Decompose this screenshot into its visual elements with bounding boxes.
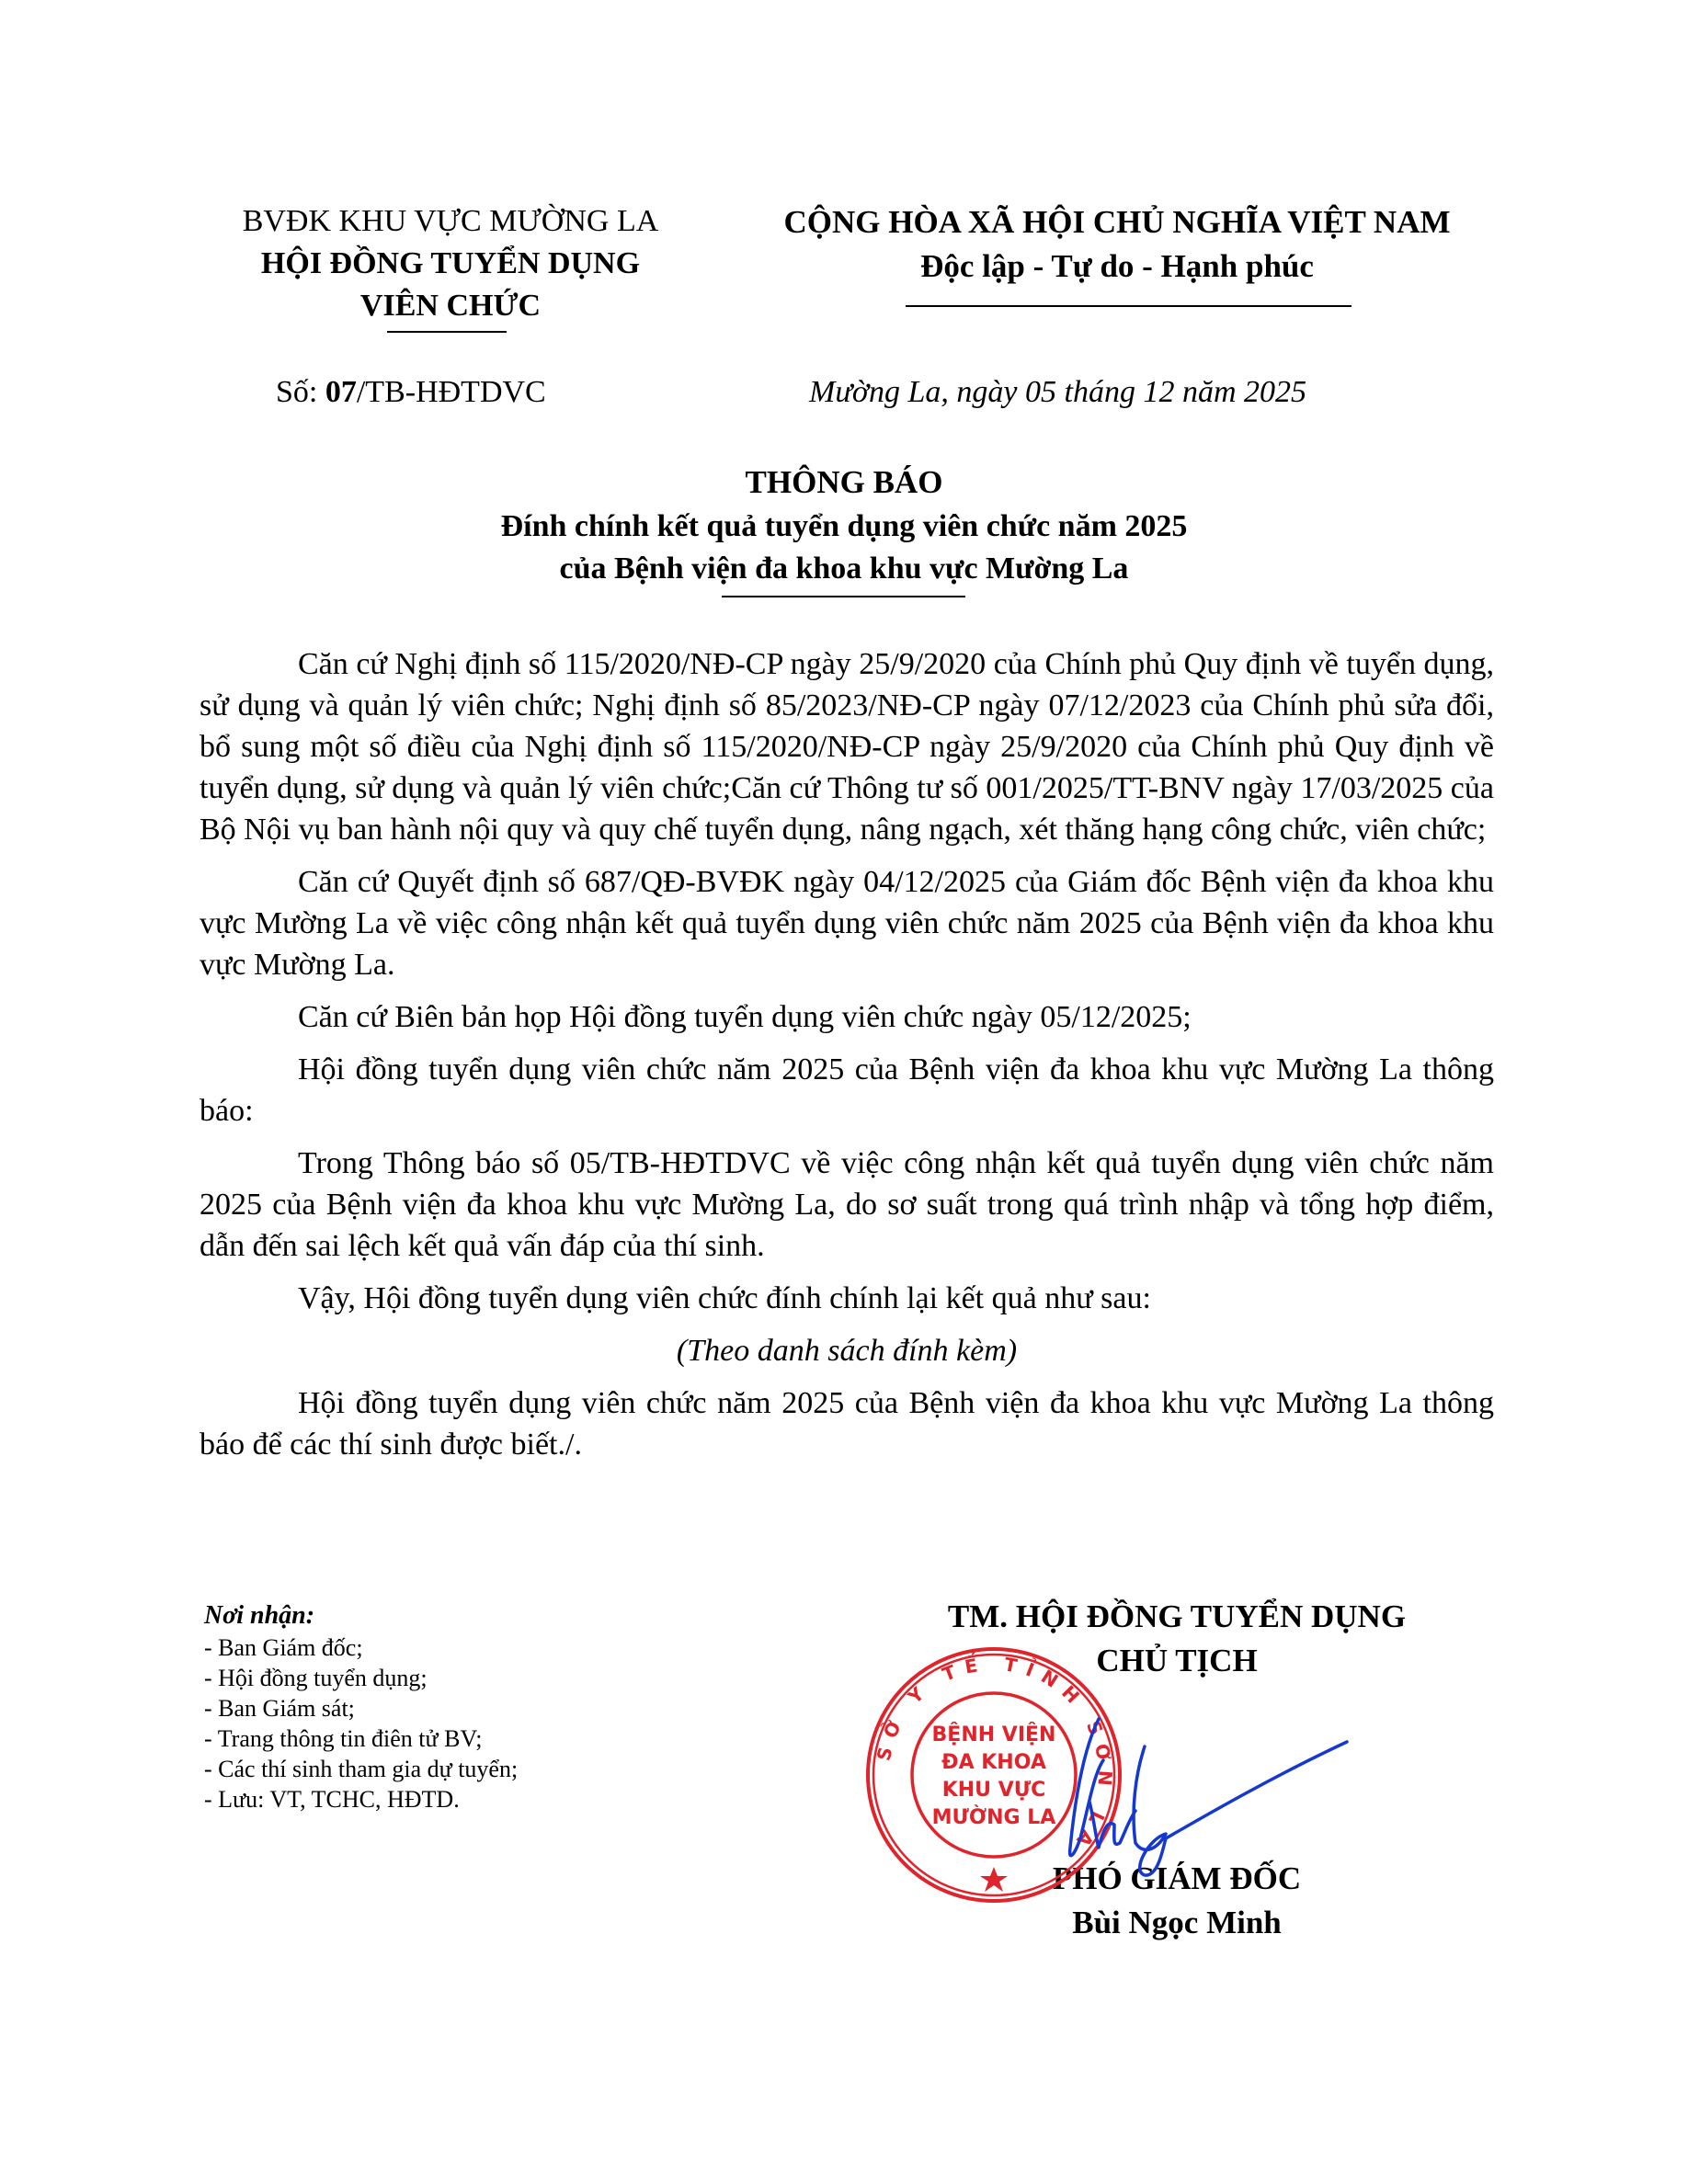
recipient-item: - Ban Giám sát; — [204, 1693, 518, 1723]
signature-on-behalf: TM. HỘI ĐỒNG TUYỂN DỤNG — [809, 1595, 1545, 1639]
national-motto: Độc lập - Tự do - Hạnh phúc — [717, 245, 1517, 289]
national-motto-header: CỘNG HÒA XÃ HỘI CHỦ NGHĨA VIỆT NAM Độc l… — [717, 200, 1517, 289]
document-subtitle-line1: Đính chính kết quả tuyển dụng viên chức … — [0, 506, 1688, 548]
title-underline — [722, 596, 965, 597]
motto-underline — [906, 305, 1352, 307]
document-number: Số: 07/TB-HĐTDVC — [276, 375, 546, 410]
document-date: Mường La, ngày 05 tháng 12 năm 2025 — [809, 375, 1306, 410]
document-title-block: THÔNG BÁO Đính chính kết quả tuyển dụng … — [0, 460, 1688, 590]
svg-text:ĐA KHOA: ĐA KHOA — [941, 1751, 1046, 1774]
handwritten-signature-icon — [1057, 1710, 1352, 1884]
recipient-item: - Ban Giám đốc; — [204, 1632, 518, 1663]
council-name-line2: VIÊN CHỨC — [179, 285, 722, 327]
body-paragraph: Căn cứ Biên bản họp Hội đồng tuyển dụng … — [200, 996, 1494, 1038]
council-name-line1: HỘI ĐỒNG TUYỂN DỤNG — [179, 243, 722, 285]
number-code: /TB-HĐTDVC — [357, 375, 546, 409]
agency-underline — [387, 331, 507, 333]
attachment-note: (Theo danh sách đính kèm) — [200, 1330, 1494, 1371]
seal-star-icon — [980, 1867, 1008, 1892]
issuing-agency-header: BVĐK KHU VỰC MƯỜNG LA HỘI ĐỒNG TUYỂN DỤN… — [179, 200, 722, 327]
recipient-item: - Các thí sinh tham gia dự tuyển; — [204, 1754, 518, 1784]
recipients-heading: Nơi nhận: — [204, 1599, 518, 1632]
body-paragraph: Căn cứ Nghị định số 115/2020/NĐ-CP ngày … — [200, 643, 1494, 850]
body-paragraph: Vậy, Hội đồng tuyển dụng viên chức đính … — [200, 1278, 1494, 1319]
svg-text:KHU VỰC: KHU VỰC — [942, 1779, 1046, 1802]
closing-paragraph: Hội đồng tuyển dụng viên chức năm 2025 c… — [200, 1382, 1494, 1465]
document-title: THÔNG BÁO — [0, 460, 1688, 506]
recipients-list: Nơi nhận: - Ban Giám đốc; - Hội đồng tuy… — [204, 1599, 518, 1814]
document-subtitle-line2: của Bệnh viện đa khoa khu vực Mường La — [0, 548, 1688, 590]
body-paragraph: Hội đồng tuyển dụng viên chức năm 2025 c… — [200, 1049, 1494, 1132]
number-value: 07 — [325, 375, 357, 409]
document-body: Căn cứ Nghị định số 115/2020/NĐ-CP ngày … — [200, 643, 1494, 1476]
recipient-item: - Lưu: VT, TCHC, HĐTD. — [204, 1784, 518, 1814]
svg-text:MƯỜNG LA: MƯỜNG LA — [932, 1805, 1056, 1829]
agency-name: BVĐK KHU VỰC MƯỜNG LA — [179, 200, 722, 243]
recipient-item: - Trang thông tin điên tử BV; — [204, 1723, 518, 1754]
body-paragraph: Căn cứ Quyết định số 687/QĐ-BVĐK ngày 04… — [200, 861, 1494, 985]
signer-name: Bùi Ngọc Minh — [809, 1901, 1545, 1945]
svg-text:BỆNH VIỆN: BỆNH VIỆN — [932, 1722, 1056, 1746]
body-paragraph: Trong Thông báo số 05/TB-HĐTDVC về việc … — [200, 1143, 1494, 1267]
country-name: CỘNG HÒA XÃ HỘI CHỦ NGHĨA VIỆT NAM — [717, 200, 1517, 245]
number-label: Số: — [276, 375, 325, 409]
recipient-item: - Hội đồng tuyển dụng; — [204, 1663, 518, 1693]
